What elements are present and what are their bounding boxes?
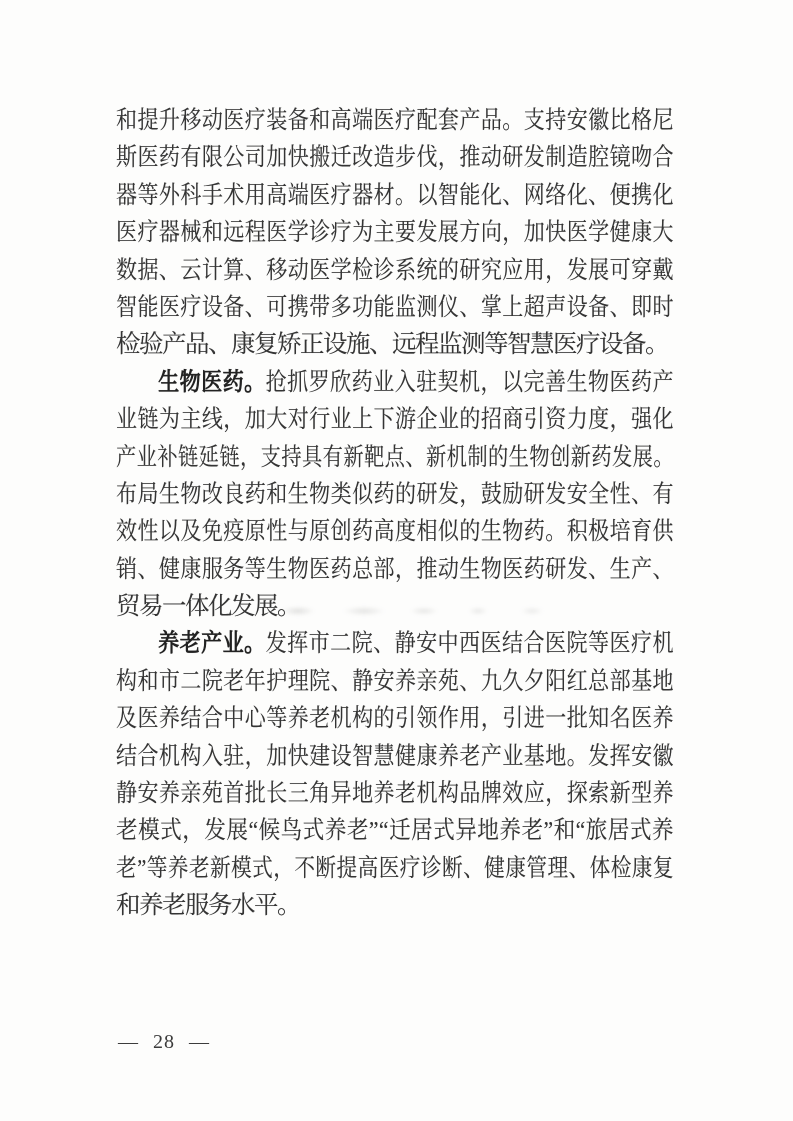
line-text: 和养老服务水平。 [116,892,300,919]
line-text: 数据、云计算、移动医学检诊系统的研究应用，发展可穿戴 [116,257,674,284]
line-text: 老”等养老新模式，不断提高医疗诊断、健康管理、体检康复 [116,855,674,882]
page-number: — 28 — [118,1031,210,1054]
text-line: 老模式，发展“候鸟式养老”“迁居式异地养老”和“旅居式养 [116,812,609,849]
line-text: 结合机构入驻，加快建设智慧健康养老产业基地。发挥安徽 [116,743,674,770]
text-line: 和提升移动医疗装备和高端医疗配套产品。支持安徽比格尼 [116,102,595,139]
line-text: 静安养亲苑首批长三角异地养老机构品牌效应，探索新型养 [116,780,674,807]
text-line: 养老产业。发挥市二院、静安中西医结合医院等医疗机 [116,625,596,662]
text-line: 器等外科手术用高端医疗器材。以智能化、网络化、便携化 [116,177,595,214]
page-body-text: 和提升移动医疗装备和高端医疗配套产品。支持安徽比格尼 斯医药有限公司加快搬迁改造… [116,102,674,925]
text-line: 智能医疗设备、可携带多功能监测仪、掌上超声设备、即时 [116,289,595,326]
line-text: 抢抓罗欣药业入驻契机，以完善生物医药产 [266,369,674,396]
text-line: 和养老服务水平。 [116,887,674,924]
line-text: 布局生物改良药和生物类似药的研发，鼓励研发安全性、有 [116,481,674,508]
document-page: 和提升移动医疗装备和高端医疗配套产品。支持安徽比格尼 斯医药有限公司加快搬迁改造… [0,0,793,1121]
line-text: 发挥市二院、静安中西医结合医院等医疗机 [266,630,674,657]
text-line: 销、健康服务等生物医药总部，推动生物医药研发、生产、 [116,551,595,588]
line-text: 效性以及免疫原性与原创药高度相似的生物药。积极培育供 [116,518,674,545]
text-line: 效性以及免疫原性与原创药高度相似的生物药。积极培育供 [116,513,595,550]
text-line: 生物医药。抢抓罗欣药业入驻契机，以完善生物医药产 [116,364,596,401]
line-text: 检验产品、康复矫正设施、远程监测等智慧医疗设备。 [116,331,668,358]
line-text: 器等外科手术用高端医疗器材。以智能化、网络化、便携化 [116,182,674,209]
text-line: 产业补链延链，支持具有新靶点、新机制的生物创新药发展。 [116,439,577,476]
text-line: 业链为主线，加大对行业上下游企业的招商引资力度，强化 [116,401,595,438]
text-line: 贸易一体化发展。 [116,588,674,625]
line-text: 构和市二院老年护理院、静安养亲苑、九久夕阳红总部基地 [116,668,674,695]
text-line: 医疗器械和远程医学诊疗为主要发展方向，加快医学健康大 [116,214,595,251]
line-text: 智能医疗设备、可携带多功能监测仪、掌上超声设备、即时 [116,294,674,321]
line-text: 及医养结合中心等养老机构的引领作用，引进一批知名医养 [116,705,674,732]
text-line: 老”等养老新模式，不断提高医疗诊断、健康管理、体检康复 [116,850,587,887]
line-text: 医疗器械和远程医学诊疗为主要发展方向，加快医学健康大 [116,219,674,246]
line-text: 斯医药有限公司加快搬迁改造步伐，推动研发制造腔镜吻合 [116,144,674,171]
text-line: 构和市二院老年护理院、静安养亲苑、九久夕阳红总部基地 [116,663,595,700]
line-text: 销、健康服务等生物医药总部，推动生物医药研发、生产、 [116,556,674,583]
line-text: 贸易一体化发展。 [116,593,300,620]
section-heading-biomedicine: 生物医药。 [158,369,265,396]
text-line: 布局生物改良药和生物类似药的研发，鼓励研发安全性、有 [116,476,595,513]
line-text: 老模式，发展“候鸟式养老”“迁居式异地养老”和“旅居式养 [116,817,674,844]
line-text: 和提升移动医疗装备和高端医疗配套产品。支持安徽比格尼 [116,107,674,134]
text-line: 检验产品、康复矫正设施、远程监测等智慧医疗设备。 [116,326,674,363]
line-text: 产业补链延链，支持具有新靶点、新机制的生物创新药发展。 [116,444,674,471]
text-line: 数据、云计算、移动医学检诊系统的研究应用，发展可穿戴 [116,252,595,289]
text-line: 斯医药有限公司加快搬迁改造步伐，推动研发制造腔镜吻合 [116,139,595,176]
text-line: 静安养亲苑首批长三角异地养老机构品牌效应，探索新型养 [116,775,595,812]
section-heading-elderly-care: 养老产业。 [158,630,265,657]
line-text: 业链为主线，加大对行业上下游企业的招商引资力度，强化 [116,406,674,433]
text-line: 及医养结合中心等养老机构的引领作用，引进一批知名医养 [116,700,595,737]
text-line: 结合机构入驻，加快建设智慧健康养老产业基地。发挥安徽 [116,738,595,775]
